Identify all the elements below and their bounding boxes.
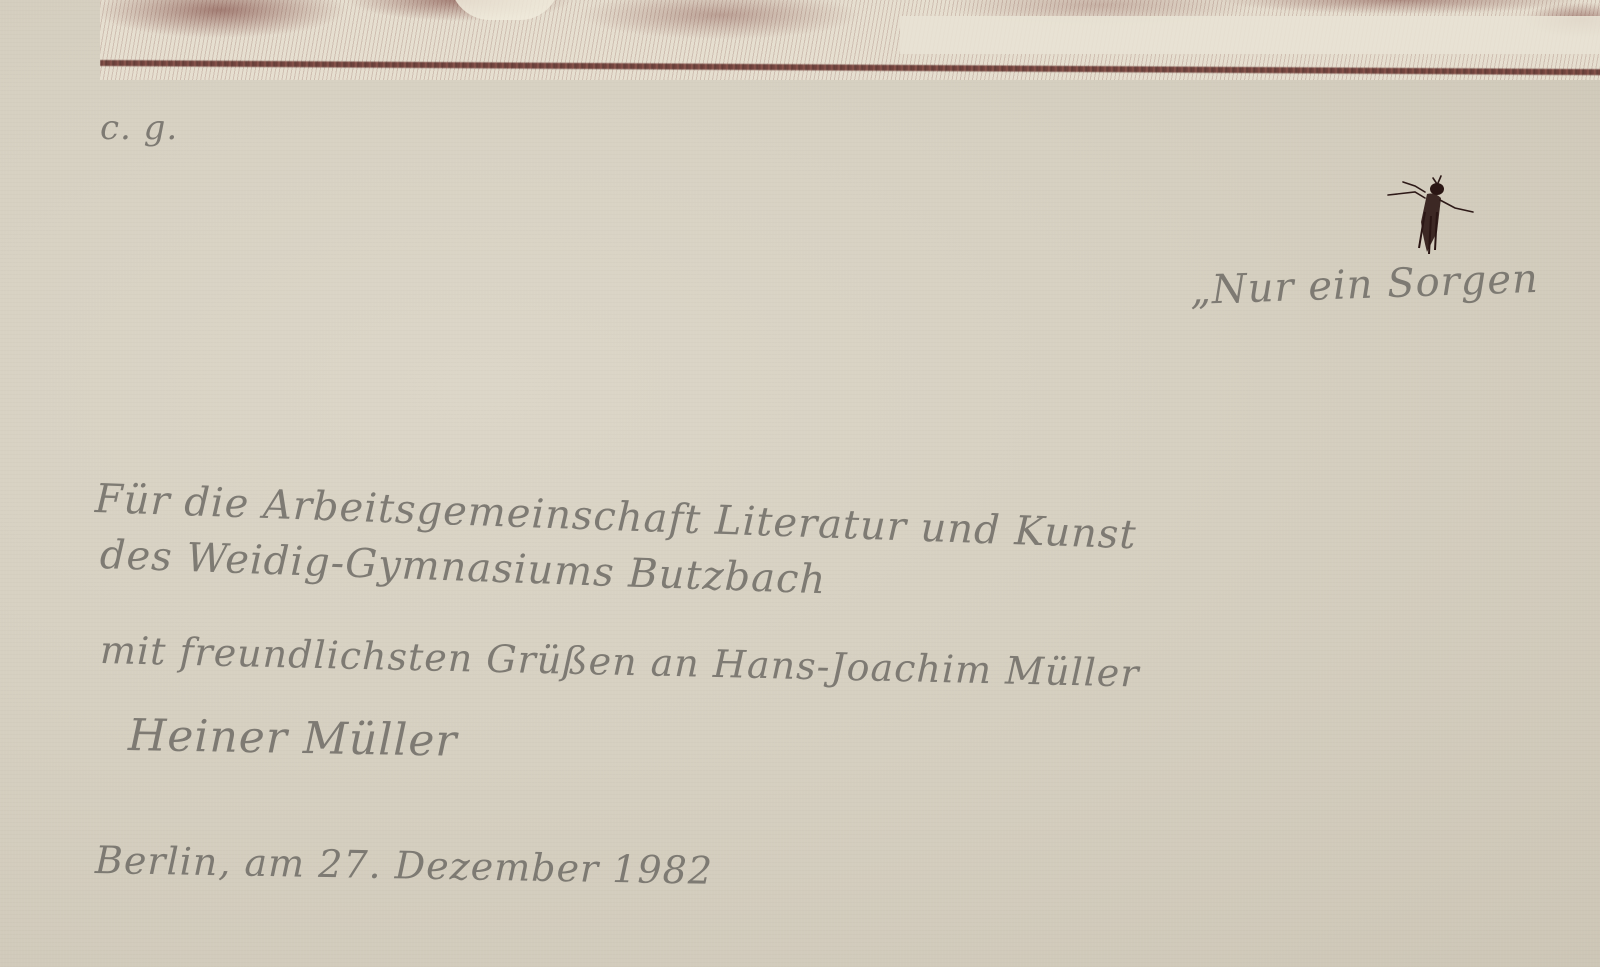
print-mark: c. g. — [100, 108, 178, 148]
artwork-title-quote: „Nur ein Sorgen — [1189, 256, 1539, 314]
place-and-date: Berlin, am 27. Dezember 1982 — [95, 838, 714, 893]
fly-drawing-icon — [1385, 172, 1480, 262]
signature: Heiner Müller — [128, 710, 458, 767]
lithograph-print-bottom-edge — [100, 0, 1600, 80]
print-light-band — [900, 16, 1600, 54]
dedication-line-3: mit freundlichsten Grüßen an Hans-Joachi… — [100, 628, 1141, 696]
